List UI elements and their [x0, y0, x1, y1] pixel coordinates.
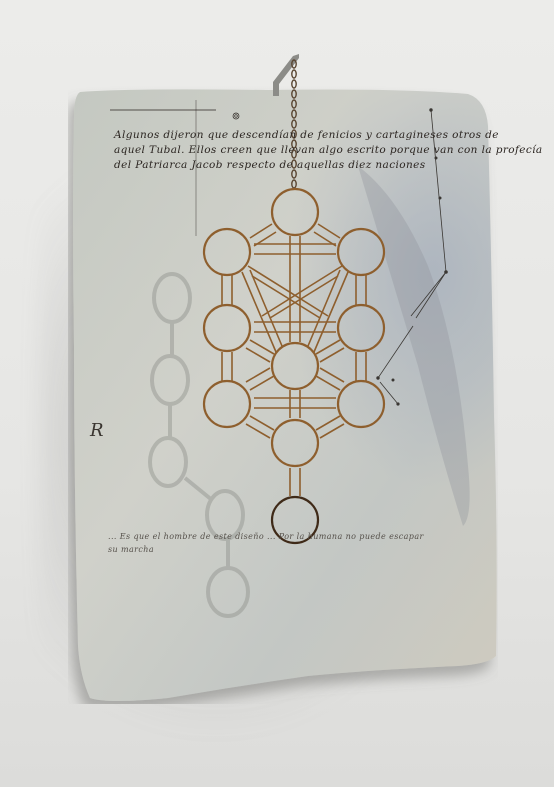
handwriting-line: Algunos dijeron que descendían de fenici…	[114, 128, 543, 143]
signature-mark: R	[90, 420, 104, 441]
tree-of-life-diagram	[0, 0, 554, 787]
handwriting-line: aquel Tubal. Ellos creen que llevan algo…	[114, 143, 543, 158]
handwritten-text-bottom: ... Es que el hombre de este diseño ... …	[108, 530, 424, 556]
handwriting-line: ... Es que el hombre de este diseño ... …	[108, 530, 424, 543]
handwriting-line: su marcha	[108, 543, 424, 556]
artwork-photo: Algunos dijeron que descendían de fenici…	[0, 0, 554, 787]
handwriting-line: del Patriarca Jacob respecto de aquellas…	[114, 158, 543, 173]
handwritten-text-top: Algunos dijeron que descendían de fenici…	[114, 128, 543, 173]
